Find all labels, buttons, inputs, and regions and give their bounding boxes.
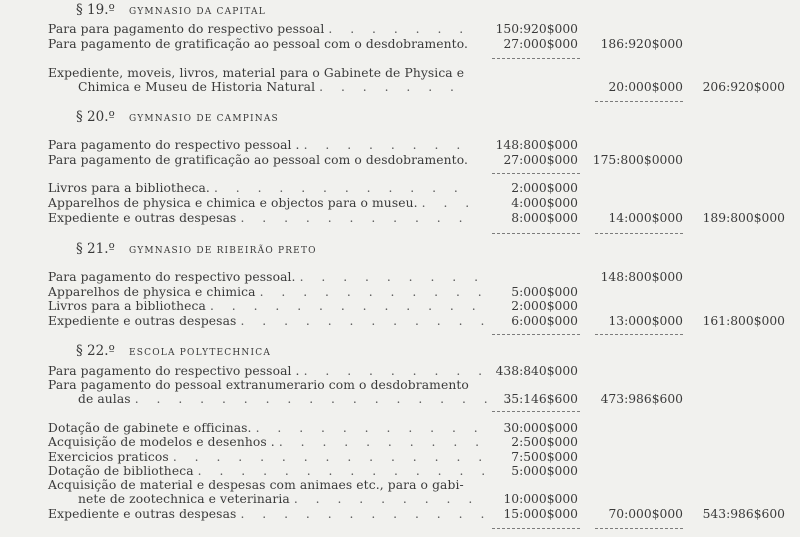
rule [492, 334, 580, 335]
line-item: Acquisição de material e despesas com an… [48, 478, 464, 492]
subtotal: 13:000$000 [608, 314, 683, 328]
amount: 438:840$000 [496, 364, 578, 378]
subtotal: 186:920$000 [601, 37, 683, 51]
section-total: 206:920$000 [703, 80, 785, 94]
amount: 35:146$600 [503, 392, 578, 406]
section-heading-19: § 19.º Gymnasio da Capital [76, 2, 266, 18]
subtotal: 70:000$000 [608, 507, 683, 521]
line-item: Para pagamento do respectivo pessoal . .… [48, 138, 467, 152]
rule [492, 58, 580, 59]
amount: 27:000$000 [503, 153, 578, 167]
amount: 30:000$000 [503, 421, 578, 435]
line-item: Expediente, moveis, livros, material par… [48, 66, 464, 80]
line-item: Para pagamento do pessoal extranumerario… [48, 378, 469, 392]
line-item: Para para pagamento do respectivo pessoa… [48, 22, 470, 36]
line-item: Para pagamento do respectivo pessoal. . … [48, 270, 485, 284]
amount: 2:000$000 [511, 181, 578, 195]
budget-page: § 19.º Gymnasio da Capital Para para pag… [0, 0, 800, 537]
amount: 150:920$000 [496, 22, 578, 36]
section-total: 543:986$600 [703, 507, 785, 521]
rule [492, 528, 580, 529]
line-item: Para pagamento de gratificação ao pessoa… [48, 153, 468, 167]
amount: 4:000$000 [511, 196, 578, 210]
line-item: Dotação de gabinete e officinas. . . . .… [48, 421, 485, 435]
section-title: Gymnasio de Ribeirão Preto [129, 246, 317, 256]
section-total: 161:800$000 [703, 314, 785, 328]
section-number: § 22.º [76, 343, 115, 359]
amount: 27:000$000 [503, 37, 578, 51]
rule [595, 101, 683, 102]
line-item-continuation: nete de zootechnica e veterinaria . . . … [78, 492, 479, 506]
section-number: § 21.º [76, 241, 115, 257]
rule [492, 233, 580, 234]
line-item: Exercicios praticos . . . . . . . . . . … [48, 450, 489, 464]
section-number: § 20.º [76, 109, 115, 125]
line-item: Apparelhos de physica e chimica e object… [48, 196, 476, 210]
line-item: Para pagamento de gratificação ao pessoa… [48, 37, 468, 51]
subtotal: 175:800$0000 [593, 153, 683, 167]
amount: 5:000$000 [511, 464, 578, 478]
amount: 7:500$000 [511, 450, 578, 464]
line-item: Apparelhos de physica e chimica . . . . … [48, 285, 489, 299]
section-number: § 19.º [76, 2, 115, 18]
section-heading-20: § 20.º Gymnasio de Campinas [76, 109, 279, 125]
subtotal: 20:000$000 [608, 80, 683, 94]
rule [595, 334, 683, 335]
subtotal: 14:000$000 [608, 211, 683, 225]
amount: 8:000$000 [511, 211, 578, 225]
section-heading-22: § 22.º Escola Polytechnica [76, 343, 271, 359]
amount: 15:000$000 [503, 507, 578, 521]
amount: 10:000$000 [503, 492, 578, 506]
rule [595, 528, 683, 529]
rule [492, 411, 580, 412]
line-item: Expediente e outras despesas . . . . . .… [48, 211, 470, 225]
section-heading-21: § 21.º Gymnasio de Ribeirão Preto [76, 241, 317, 257]
line-item: Expediente e outras despesas . . . . . .… [48, 314, 491, 328]
amount: 5:000$000 [511, 285, 578, 299]
line-item: Para pagamento do respectivo pessoal . .… [48, 364, 489, 378]
rule [492, 173, 580, 174]
line-item-continuation: de aulas . . . . . . . . . . . . . . . .… [78, 392, 517, 406]
line-item: Expediente e outras despesas . . . . . .… [48, 507, 491, 521]
rule [595, 233, 683, 234]
amount: 148:800$000 [496, 138, 578, 152]
section-title: Gymnasio de Campinas [129, 114, 279, 124]
subtotal: 473:986$600 [601, 392, 683, 406]
section-title: Escola Polytechnica [129, 348, 271, 358]
line-item: Acquisição de modelos e desenhos . . . .… [48, 435, 486, 449]
amount: 2:000$000 [511, 299, 578, 313]
line-item: Livros para a bibliotheca . . . . . . . … [48, 299, 483, 313]
section-total: 189:800$000 [703, 211, 785, 225]
subtotal: 148:800$000 [601, 270, 683, 284]
amount: 2:500$000 [511, 435, 578, 449]
amount: 6:000$000 [511, 314, 578, 328]
line-item: Dotação de bibliotheca . . . . . . . . .… [48, 464, 492, 478]
line-item: Livros para a bibliotheca. . . . . . . .… [48, 181, 465, 195]
line-item-continuation: Chimica e Museu de Historia Natural . . … [78, 80, 461, 94]
section-title: Gymnasio da Capital [129, 7, 266, 17]
